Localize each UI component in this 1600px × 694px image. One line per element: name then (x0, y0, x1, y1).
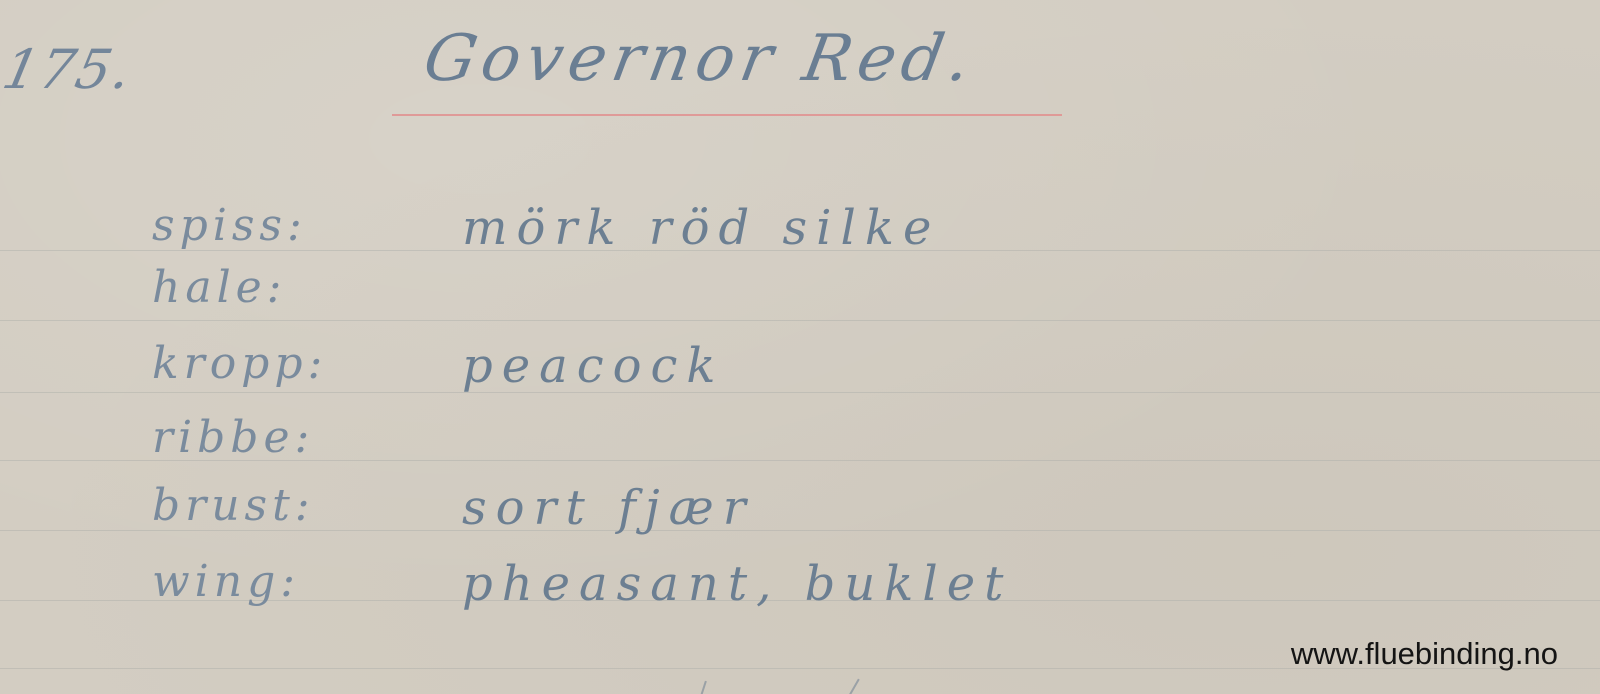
ruled-line (0, 392, 1600, 393)
field-label-hackle: brust: (152, 480, 315, 531)
field-value-tip: mörk röd silke (462, 200, 940, 256)
field-value-body: peacock (462, 338, 725, 394)
title-underline (392, 114, 1062, 116)
cut-off-handwriting-stroke (848, 679, 860, 694)
field-label-body: kropp: (152, 338, 327, 389)
ruled-line (0, 320, 1600, 321)
cut-off-handwriting-stroke (700, 681, 707, 694)
field-label-tail: hale: (152, 262, 287, 313)
field-value-hackle: sort fjær (462, 480, 755, 536)
entry-number: 175. (0, 38, 139, 101)
field-label-rib: ribbe: (152, 412, 314, 463)
field-label-wing: wing: (152, 556, 300, 607)
field-label-tip: spiss: (152, 200, 307, 251)
website-watermark: www.fluebinding.no (1291, 636, 1558, 672)
page-title: Governor Red. (418, 22, 981, 96)
field-value-wing: pheasant, buklet (462, 556, 1012, 612)
notebook-page: 175. Governor Red. spiss: mörk röd silke… (0, 0, 1600, 694)
